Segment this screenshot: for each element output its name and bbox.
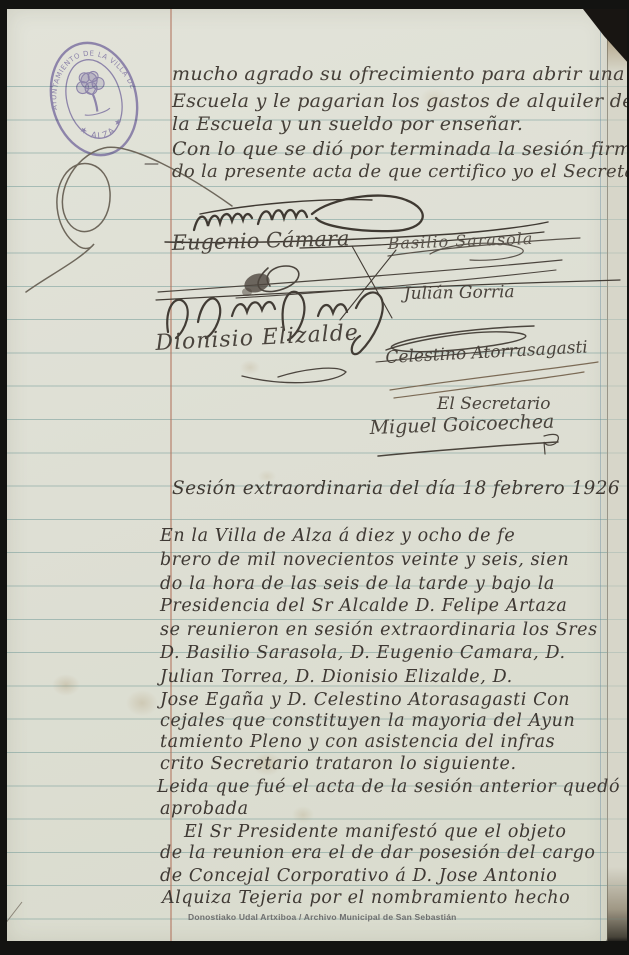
handwriting-line: Leida que fué el acta de la sesión anter… [157,779,620,797]
signature-julian-gorria: Julián Gorria [404,284,515,303]
handwriting-line: Escuela y le pagarian los gastos de alqu… [172,92,629,111]
handwriting-line: Alquiza Tejeria por el nombramiento hech… [162,890,570,908]
handwriting-line: do la presente acta de que certifico yo … [172,163,629,181]
handwriting-line: tamiento Pleno y con asistencia del infr… [160,734,555,752]
handwriting-line: mucho agrado su ofrecimiento para abrir … [172,65,625,84]
handwriting-line: de la reunion era el de dar posesión del… [160,845,596,863]
handwriting-line: Jose Egaña y D. Celestino Atorasagasti C… [160,692,570,710]
handwriting-line: de Concejal Corporativo á D. Jose Antoni… [160,868,557,886]
handwriting-line: do la hora de las seis de la tarde y baj… [160,576,555,594]
margin-dash: — [144,156,159,171]
handwriting-line: crito Secretario trataron lo siguiente. [160,756,517,774]
handwriting-line: Julian Torrea, D. Dionisio Elizalde, D. [160,669,513,687]
scan-border-left [0,0,7,955]
handwriting-line: En la Villa de Alza á diez y ocho de fe [160,528,515,546]
ruled-lines [7,86,607,928]
handwriting-line: D. Basilio Sarasola, D. Eugenio Camara, … [160,645,566,663]
handwriting-line: brero de mil novecientos veinte y seis, … [160,552,569,570]
stamp-bottom-text: ★ ALZA ★ [76,114,130,148]
session-heading: Sesión extraordinaria del día 18 febrero… [172,480,620,499]
signature-eugenio-camara: Eugenio Cámara [171,228,349,254]
handwriting-line: la Escuela y un sueldo por enseñar. [172,115,523,134]
handwriting-line: aprobada [160,801,249,819]
handwriting-line: se reunieron en sesión extraordinaria lo… [160,622,598,640]
scan-border-bottom [0,941,629,955]
tree-icon [73,68,111,117]
archive-watermark: Donostiako Udal Artxiboa / Archivo Munic… [188,912,457,922]
handwriting-line: El Sr Presidente manifestó que el objeto [184,824,567,842]
scanned-minute-book-page: { "stamp": { "ring_text": "AYUNTAMIENTO … [0,0,629,955]
handwriting-line: cejales que constituyen la mayoria del A… [160,713,575,731]
handwriting-line: Presidencia del Sr Alcalde D. Felipe Art… [160,598,567,616]
edge-ruled-lines [608,86,628,928]
svg-text:★ ALZA ★: ★ ALZA ★ [76,114,130,148]
handwriting-line: Con lo que se dió por terminada la sesió… [172,140,629,159]
scan-border-top [0,0,629,9]
